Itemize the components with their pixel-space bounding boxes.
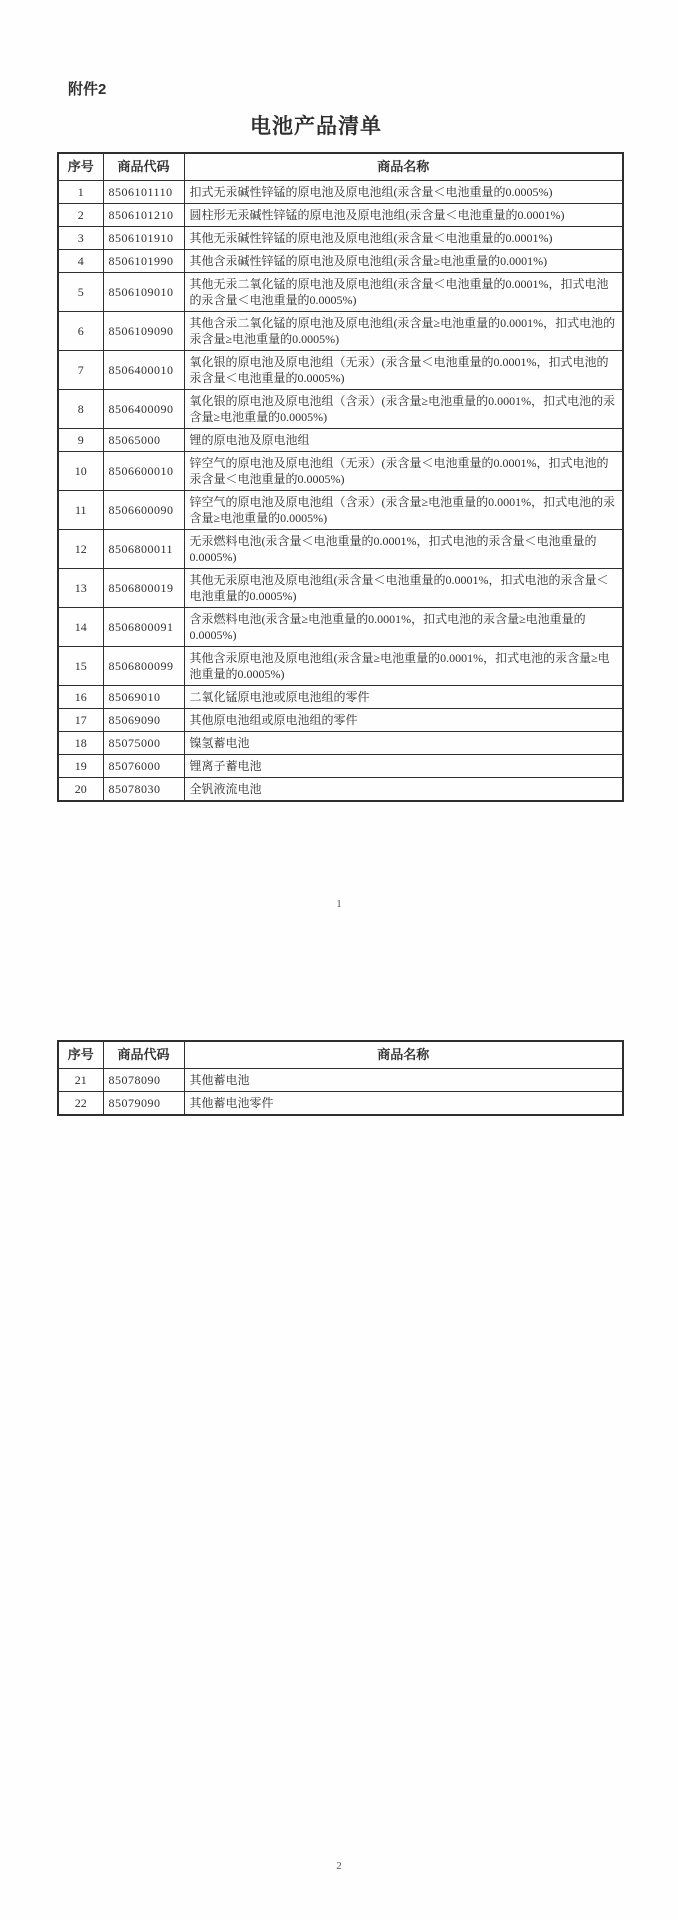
table-row: 58506109010其他无汞二氧化锰的原电池及原电池组(汞含量＜电池重量的0.… (58, 273, 623, 312)
product-name-cell: 镍氢蓄电池 (184, 732, 623, 755)
product-name-cell: 含汞燃料电池(汞含量≥电池重量的0.0001%，扣式电池的汞含量≥电池重量的0.… (184, 608, 623, 647)
table-row: 128506800011无汞燃料电池(汞含量＜电池重量的0.0001%，扣式电池… (58, 530, 623, 569)
document-page: 附件2 电池产品清单 序号 商品代码 商品名称 18506101110扣式无汞碱… (0, 0, 678, 1920)
product-name-cell: 其他蓄电池零件 (184, 1092, 623, 1116)
product-name-cell: 其他含汞碱性锌锰的原电池及原电池组(汞含量≥电池重量的0.0001%) (184, 250, 623, 273)
table-row: 2185078090其他蓄电池 (58, 1069, 623, 1092)
product-name-cell: 氧化银的原电池及原电池组（含汞）(汞含量≥电池重量的0.0001%，扣式电池的汞… (184, 390, 623, 429)
product-code-cell: 8506101910 (103, 227, 184, 250)
product-code-cell: 8506400010 (103, 351, 184, 390)
table-row: 18506101110扣式无汞碱性锌锰的原电池及原电池组(汞含量＜电池重量的0.… (58, 181, 623, 204)
product-name-cell: 其他蓄电池 (184, 1069, 623, 1092)
product-code-cell: 8506101210 (103, 204, 184, 227)
product-name-cell: 锌空气的原电池及原电池组（无汞）(汞含量＜电池重量的0.0001%，扣式电池的汞… (184, 452, 623, 491)
row-index-cell: 17 (58, 709, 103, 732)
product-code-cell: 85065000 (103, 429, 184, 452)
attachment-label: 附件2 (68, 78, 106, 99)
product-name-cell: 其他原电池组或原电池组的零件 (184, 709, 623, 732)
row-index-cell: 8 (58, 390, 103, 429)
table-row: 148506800091含汞燃料电池(汞含量≥电池重量的0.0001%，扣式电池… (58, 608, 623, 647)
row-index-cell: 16 (58, 686, 103, 709)
product-name-cell: 锂离子蓄电池 (184, 755, 623, 778)
product-name-cell: 全钒液流电池 (184, 778, 623, 802)
page-title: 电池产品清单 (0, 110, 632, 140)
product-code-cell: 8506101110 (103, 181, 184, 204)
product-code-cell: 8506109010 (103, 273, 184, 312)
column-header-name: 商品名称 (184, 1041, 623, 1069)
table-row: 88506400090氧化银的原电池及原电池组（含汞）(汞含量≥电池重量的0.0… (58, 390, 623, 429)
table-header-row: 序号 商品代码 商品名称 (58, 1041, 623, 1069)
row-index-cell: 3 (58, 227, 103, 250)
table-row: 138506800019其他无汞原电池及原电池组(汞含量＜电池重量的0.0001… (58, 569, 623, 608)
row-index-cell: 20 (58, 778, 103, 802)
product-code-cell: 85078030 (103, 778, 184, 802)
table-row: 1885075000镍氢蓄电池 (58, 732, 623, 755)
row-index-cell: 15 (58, 647, 103, 686)
table-row: 78506400010氧化银的原电池及原电池组（无汞）(汞含量＜电池重量的0.0… (58, 351, 623, 390)
product-name-cell: 圆柱形无汞碱性锌锰的原电池及原电池组(汞含量＜电池重量的0.0001%) (184, 204, 623, 227)
battery-product-table-page2: 序号 商品代码 商品名称 2185078090其他蓄电池2285079090其他… (57, 1040, 624, 1116)
product-code-cell: 8506600090 (103, 491, 184, 530)
table-row: 48506101990其他含汞碱性锌锰的原电池及原电池组(汞含量≥电池重量的0.… (58, 250, 623, 273)
product-name-cell: 扣式无汞碱性锌锰的原电池及原电池组(汞含量＜电池重量的0.0005%) (184, 181, 623, 204)
product-name-cell: 锂的原电池及原电池组 (184, 429, 623, 452)
product-name-cell: 其他无汞二氧化锰的原电池及原电池组(汞含量＜电池重量的0.0001%，扣式电池的… (184, 273, 623, 312)
product-code-cell: 8506109090 (103, 312, 184, 351)
product-name-cell: 其他无汞原电池及原电池组(汞含量＜电池重量的0.0001%，扣式电池的汞含量＜电… (184, 569, 623, 608)
row-index-cell: 1 (58, 181, 103, 204)
table-row: 118506600090锌空气的原电池及原电池组（含汞）(汞含量≥电池重量的0.… (58, 491, 623, 530)
product-code-cell: 8506400090 (103, 390, 184, 429)
table-row: 1985076000锂离子蓄电池 (58, 755, 623, 778)
page-number-1: 1 (0, 898, 678, 910)
product-code-cell: 85078090 (103, 1069, 184, 1092)
product-name-cell: 锌空气的原电池及原电池组（含汞）(汞含量≥电池重量的0.0001%，扣式电池的汞… (184, 491, 623, 530)
table-row: 2085078030全钒液流电池 (58, 778, 623, 802)
row-index-cell: 14 (58, 608, 103, 647)
row-index-cell: 22 (58, 1092, 103, 1116)
product-name-cell: 氧化银的原电池及原电池组（无汞）(汞含量＜电池重量的0.0001%，扣式电池的汞… (184, 351, 623, 390)
product-code-cell: 8506800011 (103, 530, 184, 569)
column-header-code: 商品代码 (103, 153, 184, 181)
row-index-cell: 4 (58, 250, 103, 273)
product-name-cell: 其他含汞原电池及原电池组(汞含量≥电池重量的0.0001%，扣式电池的汞含量≥电… (184, 647, 623, 686)
row-index-cell: 7 (58, 351, 103, 390)
row-index-cell: 10 (58, 452, 103, 491)
row-index-cell: 6 (58, 312, 103, 351)
row-index-cell: 19 (58, 755, 103, 778)
table-row: 158506800099其他含汞原电池及原电池组(汞含量≥电池重量的0.0001… (58, 647, 623, 686)
page-number-2: 2 (0, 1860, 678, 1872)
row-index-cell: 12 (58, 530, 103, 569)
product-code-cell: 85075000 (103, 732, 184, 755)
product-name-cell: 其他含汞二氧化锰的原电池及原电池组(汞含量≥电池重量的0.0001%，扣式电池的… (184, 312, 623, 351)
column-header-index: 序号 (58, 1041, 103, 1069)
column-header-index: 序号 (58, 153, 103, 181)
row-index-cell: 9 (58, 429, 103, 452)
table-row: 2285079090其他蓄电池零件 (58, 1092, 623, 1116)
product-code-cell: 85069090 (103, 709, 184, 732)
product-name-cell: 无汞燃料电池(汞含量＜电池重量的0.0001%，扣式电池的汞含量＜电池重量的0.… (184, 530, 623, 569)
table-row: 28506101210圆柱形无汞碱性锌锰的原电池及原电池组(汞含量＜电池重量的0… (58, 204, 623, 227)
table-row: 985065000锂的原电池及原电池组 (58, 429, 623, 452)
product-code-cell: 85076000 (103, 755, 184, 778)
table-header-row: 序号 商品代码 商品名称 (58, 153, 623, 181)
product-code-cell: 8506600010 (103, 452, 184, 491)
battery-product-table-page1: 序号 商品代码 商品名称 18506101110扣式无汞碱性锌锰的原电池及原电池… (57, 152, 624, 802)
table-row: 1785069090其他原电池组或原电池组的零件 (58, 709, 623, 732)
product-name-cell: 其他无汞碱性锌锰的原电池及原电池组(汞含量＜电池重量的0.0001%) (184, 227, 623, 250)
table-row: 68506109090其他含汞二氧化锰的原电池及原电池组(汞含量≥电池重量的0.… (58, 312, 623, 351)
row-index-cell: 2 (58, 204, 103, 227)
product-code-cell: 85069010 (103, 686, 184, 709)
row-index-cell: 13 (58, 569, 103, 608)
product-code-cell: 8506800099 (103, 647, 184, 686)
product-code-cell: 8506800091 (103, 608, 184, 647)
table-row: 38506101910其他无汞碱性锌锰的原电池及原电池组(汞含量＜电池重量的0.… (58, 227, 623, 250)
row-index-cell: 11 (58, 491, 103, 530)
row-index-cell: 18 (58, 732, 103, 755)
row-index-cell: 5 (58, 273, 103, 312)
product-code-cell: 85079090 (103, 1092, 184, 1116)
product-code-cell: 8506800019 (103, 569, 184, 608)
product-name-cell: 二氧化锰原电池或原电池组的零件 (184, 686, 623, 709)
table-row: 1685069010二氧化锰原电池或原电池组的零件 (58, 686, 623, 709)
table-row: 108506600010锌空气的原电池及原电池组（无汞）(汞含量＜电池重量的0.… (58, 452, 623, 491)
product-code-cell: 8506101990 (103, 250, 184, 273)
column-header-code: 商品代码 (103, 1041, 184, 1069)
row-index-cell: 21 (58, 1069, 103, 1092)
column-header-name: 商品名称 (184, 153, 623, 181)
